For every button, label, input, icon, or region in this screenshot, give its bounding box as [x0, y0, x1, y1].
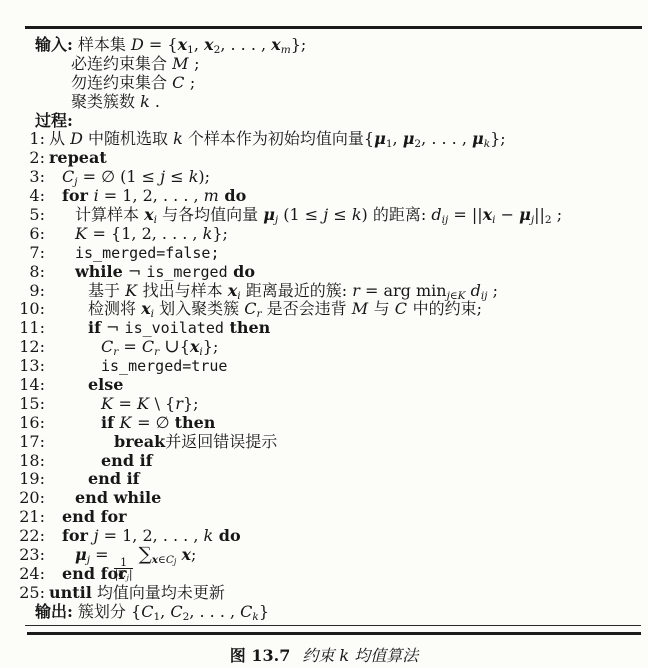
- line-number: 2:: [0, 149, 45, 168]
- text-segment: do: [213, 526, 240, 545]
- text-segment: C: [101, 337, 113, 356]
- text-segment: r: [175, 394, 183, 413]
- line-content: break并返回错误提示: [114, 432, 277, 451]
- algo-line-25: 25:until 均值向量均未更新: [0, 584, 648, 603]
- text-segment: 中随机选取: [83, 129, 173, 148]
- text-segment: 2: [545, 214, 552, 226]
- algorithm-bottom-thin-rule: [25, 625, 641, 626]
- line-number: 21:: [0, 508, 45, 527]
- text-segment: is_voilated: [125, 319, 224, 337]
- text-segment: C: [62, 167, 74, 186]
- text-segment: = ∅ (1 ≤: [78, 167, 161, 186]
- text-segment: M: [352, 299, 369, 318]
- text-segment: {: [180, 337, 190, 356]
- text-segment: k: [140, 92, 150, 111]
- algo-line-3: 3:Cj = ∅ (1 ≤ j ≤ k);: [0, 168, 648, 187]
- line-content: end if: [88, 469, 140, 488]
- text-segment: ;: [488, 281, 498, 300]
- text-segment: ||: [534, 205, 545, 224]
- text-segment: x: [228, 281, 238, 300]
- text-segment: ,: [160, 602, 170, 621]
- text-segment: );: [198, 167, 210, 186]
- text-segment: is_merged=true: [101, 357, 227, 375]
- line-number: 1:: [0, 130, 45, 149]
- line-number: 3:: [0, 168, 45, 187]
- text-segment: d: [471, 281, 481, 300]
- line-number: 17:: [0, 433, 45, 452]
- text-segment: else: [88, 375, 123, 394]
- row-label: 输入:: [35, 35, 73, 54]
- text-segment: 检测将: [88, 299, 141, 318]
- text-segment: C: [244, 299, 256, 318]
- line-number: 8:: [0, 263, 45, 282]
- text-segment: d: [431, 205, 441, 224]
- algo-row-cont: 勿连约束集合 C ;: [0, 74, 648, 93]
- figure-caption: 图 13.7约束 k 均值算法: [0, 643, 648, 666]
- algo-line-16: 16:if K = ∅ then: [0, 414, 648, 433]
- text-segment: end while: [75, 488, 161, 507]
- text-segment: μ: [263, 205, 275, 224]
- text-segment: D: [131, 35, 144, 54]
- line-number: 9:: [0, 282, 45, 301]
- text-segment: then: [175, 413, 216, 432]
- algo-row-output: 输出:簇划分 {C1, C2, . . . , Ck}: [0, 603, 648, 622]
- line-number: 4:: [0, 187, 45, 206]
- line-number: 12:: [0, 338, 45, 357]
- text-segment: ≤: [165, 167, 189, 186]
- line-content: end for: [62, 507, 127, 526]
- line-content: Cr = Cr ∪{xi};: [101, 337, 218, 356]
- algo-line-18: 18:end if: [0, 452, 648, 471]
- text-segment: , . . . ,: [220, 35, 271, 54]
- line-content: until 均值向量均未更新: [49, 583, 225, 602]
- text-segment: K: [125, 281, 137, 300]
- text-segment: };: [203, 337, 219, 356]
- text-segment: 并返回错误提示: [165, 432, 277, 451]
- text-segment: ,: [194, 35, 204, 54]
- text-segment: , . . . ,: [189, 602, 240, 621]
- algo-line-19: 19:end if: [0, 470, 648, 489]
- text-segment: 中的约束;: [408, 299, 482, 318]
- text-segment: };: [490, 129, 506, 148]
- algo-line-23: 23:μj = 1|Cj| ∑x∈Cj x;: [0, 546, 648, 565]
- algo-line-4: 4:for i = 1, 2, . . . , m do: [0, 187, 648, 206]
- text-segment: 基于: [88, 281, 125, 300]
- line-number: 10:: [0, 300, 45, 319]
- algo-line-5: 5:计算样本 xi 与各均值向量 μj (1 ≤ j ≤ k) 的距离: dij…: [0, 206, 648, 225]
- text-segment: μ: [472, 129, 484, 148]
- text-segment: μ: [374, 129, 386, 148]
- text-segment: C: [240, 602, 252, 621]
- text-segment: C: [170, 602, 182, 621]
- text-segment: k: [173, 129, 183, 148]
- line-number: 15:: [0, 395, 45, 414]
- text-segment: = ||: [448, 205, 482, 224]
- line-content: if K = ∅ then: [101, 413, 215, 432]
- line-number: 14:: [0, 376, 45, 395]
- text-segment: \ {: [149, 394, 175, 413]
- text-segment: until: [49, 583, 92, 602]
- text-segment: C: [141, 602, 153, 621]
- line-content: repeat: [49, 148, 107, 167]
- algo-line-15: 15:K = K \ {r};: [0, 395, 648, 414]
- row-content: 勿连约束集合 C ;: [71, 73, 195, 92]
- text-segment: x: [181, 545, 191, 564]
- text-segment: K: [75, 224, 87, 243]
- text-segment: ¬: [123, 262, 147, 281]
- row-label: 输出:: [35, 602, 73, 621]
- row-content: 样本集 D = {x1, x2, . . . , xm};: [78, 35, 306, 54]
- text-segment: −: [496, 205, 520, 224]
- algo-line-1: 1:从 D 中随机选取 k 个样本作为初始均值向量{μ1, μ2, . . . …: [0, 130, 648, 149]
- text-segment: , . . . ,: [421, 129, 472, 148]
- text-segment: k: [352, 205, 362, 224]
- line-content: end while: [75, 488, 161, 507]
- text-segment: = {1, 2, . . . ,: [87, 224, 202, 243]
- text-segment: = {: [144, 35, 178, 54]
- text-segment: while: [75, 262, 123, 281]
- text-segment: ¬: [101, 318, 125, 337]
- algo-line-14: 14:else: [0, 376, 648, 395]
- line-number: 19:: [0, 470, 45, 489]
- text-segment: 与各均值向量: [157, 205, 263, 224]
- text-segment: ,: [393, 129, 403, 148]
- text-segment: 1: [386, 138, 393, 150]
- line-content: K = K \ {r};: [101, 394, 198, 413]
- line-content: is_merged=false;: [75, 243, 220, 262]
- text-segment: r: [352, 281, 360, 300]
- algo-line-21: 21:end for: [0, 508, 648, 527]
- row-content: 必连约束集合 M ;: [71, 54, 199, 73]
- text-segment: |: [129, 568, 133, 581]
- text-segment: repeat: [49, 148, 107, 167]
- text-segment: k: [203, 224, 213, 243]
- text-segment: =: [90, 545, 114, 564]
- line-content: 基于 K 找出与样本 xi 距离最近的簇: r = arg minj∈K dij…: [88, 281, 498, 300]
- text-segment: x: [204, 35, 214, 54]
- text-segment: = ∅: [132, 413, 175, 432]
- figure-caption-title: 约束 k 均值算法: [302, 646, 418, 665]
- text-segment: if: [101, 413, 120, 432]
- line-number: 20:: [0, 489, 45, 508]
- text-segment: end for: [62, 564, 127, 583]
- line-content: is_merged=true: [101, 356, 227, 375]
- text-segment: };: [212, 224, 228, 243]
- algo-line-22: 22:for j = 1, 2, . . . , k do: [0, 527, 648, 546]
- algo-row-cont: 必连约束集合 M ;: [0, 55, 648, 74]
- text-segment: x: [190, 337, 200, 356]
- text-segment: 必连约束集合: [71, 54, 172, 73]
- text-segment: end if: [101, 451, 153, 470]
- text-segment: K: [137, 394, 149, 413]
- text-segment: μ: [75, 545, 87, 564]
- text-segment: C: [395, 299, 408, 318]
- text-segment: for: [62, 186, 94, 205]
- text-segment: do: [228, 262, 255, 281]
- text-segment: x: [144, 205, 154, 224]
- text-segment: 从: [49, 129, 70, 148]
- algo-line-20: 20:end while: [0, 489, 648, 508]
- line-content: 从 D 中随机选取 k 个样本作为初始均值向量{μ1, μ2, . . . , …: [49, 129, 506, 148]
- text-segment: C: [166, 554, 174, 566]
- text-segment: ∈: [158, 554, 166, 566]
- algorithm-bottom-thick-rule: [27, 632, 641, 635]
- line-number: 16:: [0, 414, 45, 433]
- text-segment: K: [101, 394, 113, 413]
- text-segment: D: [70, 129, 83, 148]
- row-content: 聚类簇数 k .: [71, 92, 160, 111]
- text-segment: 计算样本: [75, 205, 144, 224]
- figure-caption-label: 图 13.7: [230, 646, 291, 665]
- text-segment: ≤: [328, 205, 352, 224]
- text-segment: k: [189, 167, 199, 186]
- algo-line-24: 24:end for: [0, 565, 648, 584]
- text-segment: C: [172, 73, 185, 92]
- algorithm-top-rule: [25, 26, 642, 29]
- algo-line-17: 17:break并返回错误提示: [0, 433, 648, 452]
- line-number: 13:: [0, 357, 45, 376]
- text-segment: C: [142, 337, 154, 356]
- line-content: 检测将 xi 划入聚类簇 Cr 是否会违背 M 与 C 中的约束;: [88, 299, 482, 318]
- line-content: K = {1, 2, . . . , k};: [75, 224, 228, 243]
- union-operator: ∪: [164, 336, 179, 357]
- text-segment: if: [88, 318, 101, 337]
- line-content: μj = 1|Cj| ∑x∈Cj x;: [75, 545, 196, 564]
- text-segment: M: [172, 54, 189, 73]
- text-segment: = arg min: [360, 281, 447, 300]
- text-segment: ;: [191, 545, 196, 564]
- text-segment: μ: [403, 129, 415, 148]
- text-segment: = 1, 2, . . . ,: [99, 186, 204, 205]
- text-segment: 是否会违背: [262, 299, 352, 318]
- text-segment: 与: [369, 299, 395, 318]
- algo-line-6: 6:K = {1, 2, . . . , k};: [0, 225, 648, 244]
- text-segment: };: [183, 394, 199, 413]
- text-segment: is_merged=false;: [75, 244, 220, 262]
- line-number: 7:: [0, 244, 45, 263]
- text-segment: 距离最近的簇:: [241, 281, 353, 300]
- line-number: 23:: [0, 546, 45, 565]
- text-segment: 找出与样本: [138, 281, 228, 300]
- text-segment: x: [141, 299, 151, 318]
- line-content: if ¬ is_voilated then: [88, 318, 270, 337]
- algo-row-cont: 聚类簇数 k .: [0, 93, 648, 112]
- line-content: end if: [101, 451, 153, 470]
- algo-line-10: 10:检测将 xi 划入聚类簇 Cr 是否会违背 M 与 C 中的约束;: [0, 300, 648, 319]
- text-segment: μ: [519, 205, 531, 224]
- text-segment: k: [204, 526, 214, 545]
- text-segment: 均值向量均未更新: [92, 583, 225, 602]
- algo-line-11: 11:if ¬ is_voilated then: [0, 319, 648, 338]
- text-segment: K: [120, 413, 132, 432]
- text-segment: }: [259, 602, 269, 621]
- scanned-book-page: { "page": { "background": "#fcfcf8", "in…: [0, 0, 648, 668]
- text-segment: ;: [189, 54, 199, 73]
- line-content: for i = 1, 2, . . . , m do: [62, 186, 246, 205]
- text-segment: 簇划分 {: [78, 602, 141, 621]
- line-number: 25:: [0, 584, 45, 603]
- text-segment: ) 的距离:: [362, 205, 432, 224]
- line-content: 计算样本 xi 与各均值向量 μj (1 ≤ j ≤ k) 的距离: dij =…: [75, 205, 562, 224]
- algo-line-13: 13:is_merged=true: [0, 357, 648, 376]
- text-segment: break: [114, 432, 165, 451]
- text-segment: 聚类簇数: [71, 92, 140, 111]
- text-segment: 个样本作为初始均值向量{: [183, 129, 374, 148]
- text-segment: 样本集: [78, 35, 131, 54]
- text-segment: =: [113, 394, 137, 413]
- text-segment: m: [204, 186, 219, 205]
- text-segment: (1 ≤: [278, 205, 323, 224]
- line-number: 24:: [0, 565, 45, 584]
- text-segment: 划入聚类簇: [154, 299, 244, 318]
- line-number: 18:: [0, 452, 45, 471]
- algo-line-7: 7:is_merged=false;: [0, 244, 648, 263]
- row-content: 簇划分 {C1, C2, . . . , Ck}: [78, 602, 269, 621]
- text-segment: m: [281, 44, 291, 56]
- sum-operator: ∑: [139, 544, 152, 565]
- line-content: for j = 1, 2, . . . , k do: [62, 526, 241, 545]
- algo-line-8: 8:while ¬ is_merged do: [0, 263, 648, 282]
- text-segment: = 1, 2, . . . ,: [99, 526, 204, 545]
- algo-line-2: 2:repeat: [0, 149, 648, 168]
- text-segment: ;: [185, 73, 195, 92]
- text-segment: then: [224, 318, 270, 337]
- text-segment: ;: [552, 205, 562, 224]
- text-segment: do: [219, 186, 246, 205]
- algo-line-9: 9:基于 K 找出与样本 xi 距离最近的簇: r = arg minj∈K d…: [0, 282, 648, 301]
- text-segment: end for: [62, 507, 127, 526]
- text-segment: 勿连约束集合: [71, 73, 172, 92]
- text-segment: x: [271, 35, 281, 54]
- algo-row-input: 输入:样本集 D = {x1, x2, . . . , xm};: [0, 36, 648, 55]
- text-segment: =: [118, 337, 142, 356]
- text-segment: x: [178, 35, 188, 54]
- text-segment: x: [483, 205, 493, 224]
- text-segment: end if: [88, 469, 140, 488]
- text-segment: };: [291, 35, 307, 54]
- algo-line-12: 12:Cr = Cr ∪{xi};: [0, 338, 648, 357]
- text-segment: is_merged: [146, 263, 227, 281]
- text-segment: for: [62, 526, 94, 545]
- algorithm-rows: 输入:样本集 D = {x1, x2, . . . , xm};必连约束集合 M…: [0, 36, 648, 622]
- line-content: Cj = ∅ (1 ≤ j ≤ k);: [62, 167, 210, 186]
- line-content: end for: [62, 564, 127, 583]
- line-number: 22:: [0, 527, 45, 546]
- text-segment: .: [150, 92, 160, 111]
- line-number: 6:: [0, 225, 45, 244]
- algo-row-proc: 过程:: [0, 112, 648, 131]
- line-number: 5:: [0, 206, 45, 225]
- row-label: 过程:: [35, 111, 73, 130]
- line-number: 11:: [0, 319, 45, 338]
- line-content: else: [88, 375, 123, 394]
- line-content: while ¬ is_merged do: [75, 262, 255, 281]
